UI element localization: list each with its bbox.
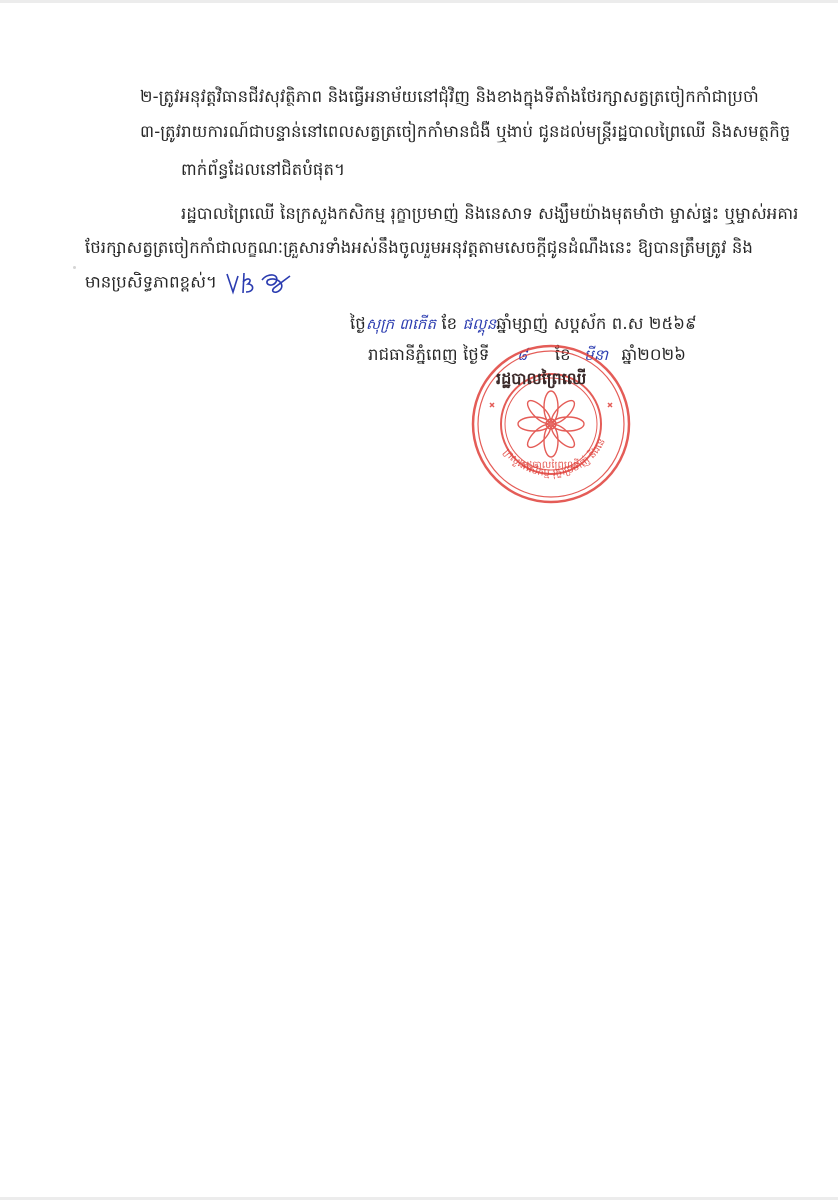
- closing-paragraph-line3: មានប្រសិទ្ធភាពខ្ពស់។: [85, 270, 304, 296]
- lunar-month-label: ខែ: [441, 314, 457, 333]
- closing-text: មានប្រសិទ្ធភាពខ្ពស់។: [85, 273, 217, 292]
- lunar-date-line: ថ្ងៃសុក្រ ៣កើត ខែ ផល្គុនឆ្នាំម្សាញ់ សប្ត…: [350, 313, 697, 335]
- item-2-text: ២-ត្រូវអនុវត្តវិធានជីវសុវត្ថិភាព និងធ្វើ…: [140, 86, 759, 108]
- closing-paragraph-line1: រដ្ឋបាលព្រៃឈើ នៃក្រសួងកសិកម្ម រុក្ខាប្រម…: [181, 203, 798, 225]
- scan-speck: [73, 266, 76, 269]
- lunar-day-handwritten: សុក្រ ៣កើត: [366, 315, 436, 333]
- lunar-month-handwritten: ផល្គុន: [463, 315, 497, 333]
- document-page: ២-ត្រូវអនុវត្តវិធានជីវសុវត្ថិភាព និងធ្វើ…: [0, 0, 838, 1200]
- item-3-text-line1: ៣-ត្រូវរាយការណ៍ជាបន្ទាន់នៅពេលសត្វត្រចៀកក…: [140, 121, 790, 143]
- signatory-title: រដ្ឋបាលព្រៃឈើ: [496, 368, 586, 392]
- lunar-date-prefix: ថ្ងៃ: [350, 314, 366, 333]
- item-3-text-line2: ពាក់ព័ន្ធដែលនៅជិតបំផុត។: [181, 159, 345, 181]
- closing-paragraph-line2: ថែរក្សាសត្វត្រចៀកកាំជាលក្ខណៈគ្រួសារទាំងអ…: [85, 237, 753, 259]
- seal-inner-text: រដ្ឋបាលព្រៃឈើ: [523, 458, 579, 471]
- initials-signature-icon: [224, 270, 304, 296]
- lunar-year-text: ឆ្នាំម្សាញ់ សប្តស័ក ព.ស ២៥៦៩: [496, 314, 697, 333]
